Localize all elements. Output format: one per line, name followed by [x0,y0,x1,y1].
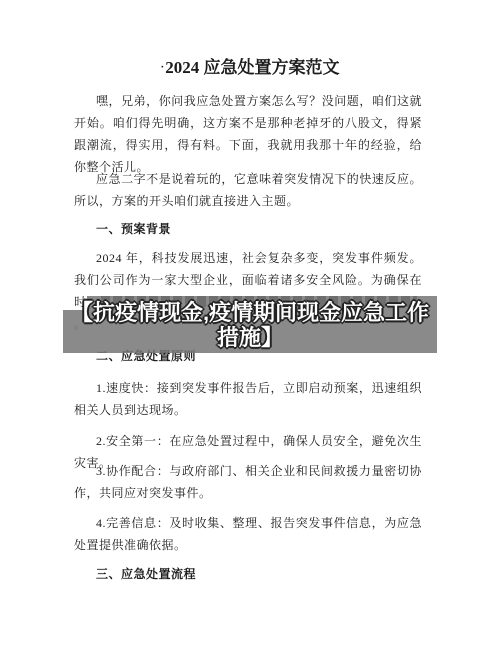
paragraph-background: 2024 年，科技发展迅速，社会复杂多变，突发事件频发。我们公司作为一家大型企业… [74,247,422,291]
document-page: ·2024 应急处置方案范文 嘿，兄弟，你问我应急处置方案怎么写？没问题，咱们这… [0,0,500,647]
watermark-overlay-background [63,296,437,353]
paragraph-intro-1: 嘿，兄弟，你问我应急处置方案怎么写？没问题，咱们这就开始。咱们得先明确，这方案不… [74,90,422,178]
paragraph-intro-2: 应急二字不是说着玩的，它意味着突发情况下的快速反应。所以，方案的开头咱们就直接进… [74,168,422,212]
section-heading-1: 一、预案背景 [74,218,422,240]
paragraph-principle-4: 4.完善信息：及时收集、整理、报告突发事件信息，为应急处置提供准确依据。 [74,512,422,556]
title-text: 2024 应急处置方案范文 [165,58,339,77]
paragraph-principle-1: 1.速度快：接到突发事件报告后，立即启动预案，迅速组织相关人员到达现场。 [74,377,422,421]
section-heading-3: 三、应急处置流程 [74,563,422,585]
paragraph-principle-3: 3.协作配合：与政府部门、相关企业和民间救援力量密切协作，共同应对突发事件。 [74,460,422,504]
page-title: ·2024 应急处置方案范文 [0,56,500,80]
title-dot-prefix: · [161,61,165,73]
